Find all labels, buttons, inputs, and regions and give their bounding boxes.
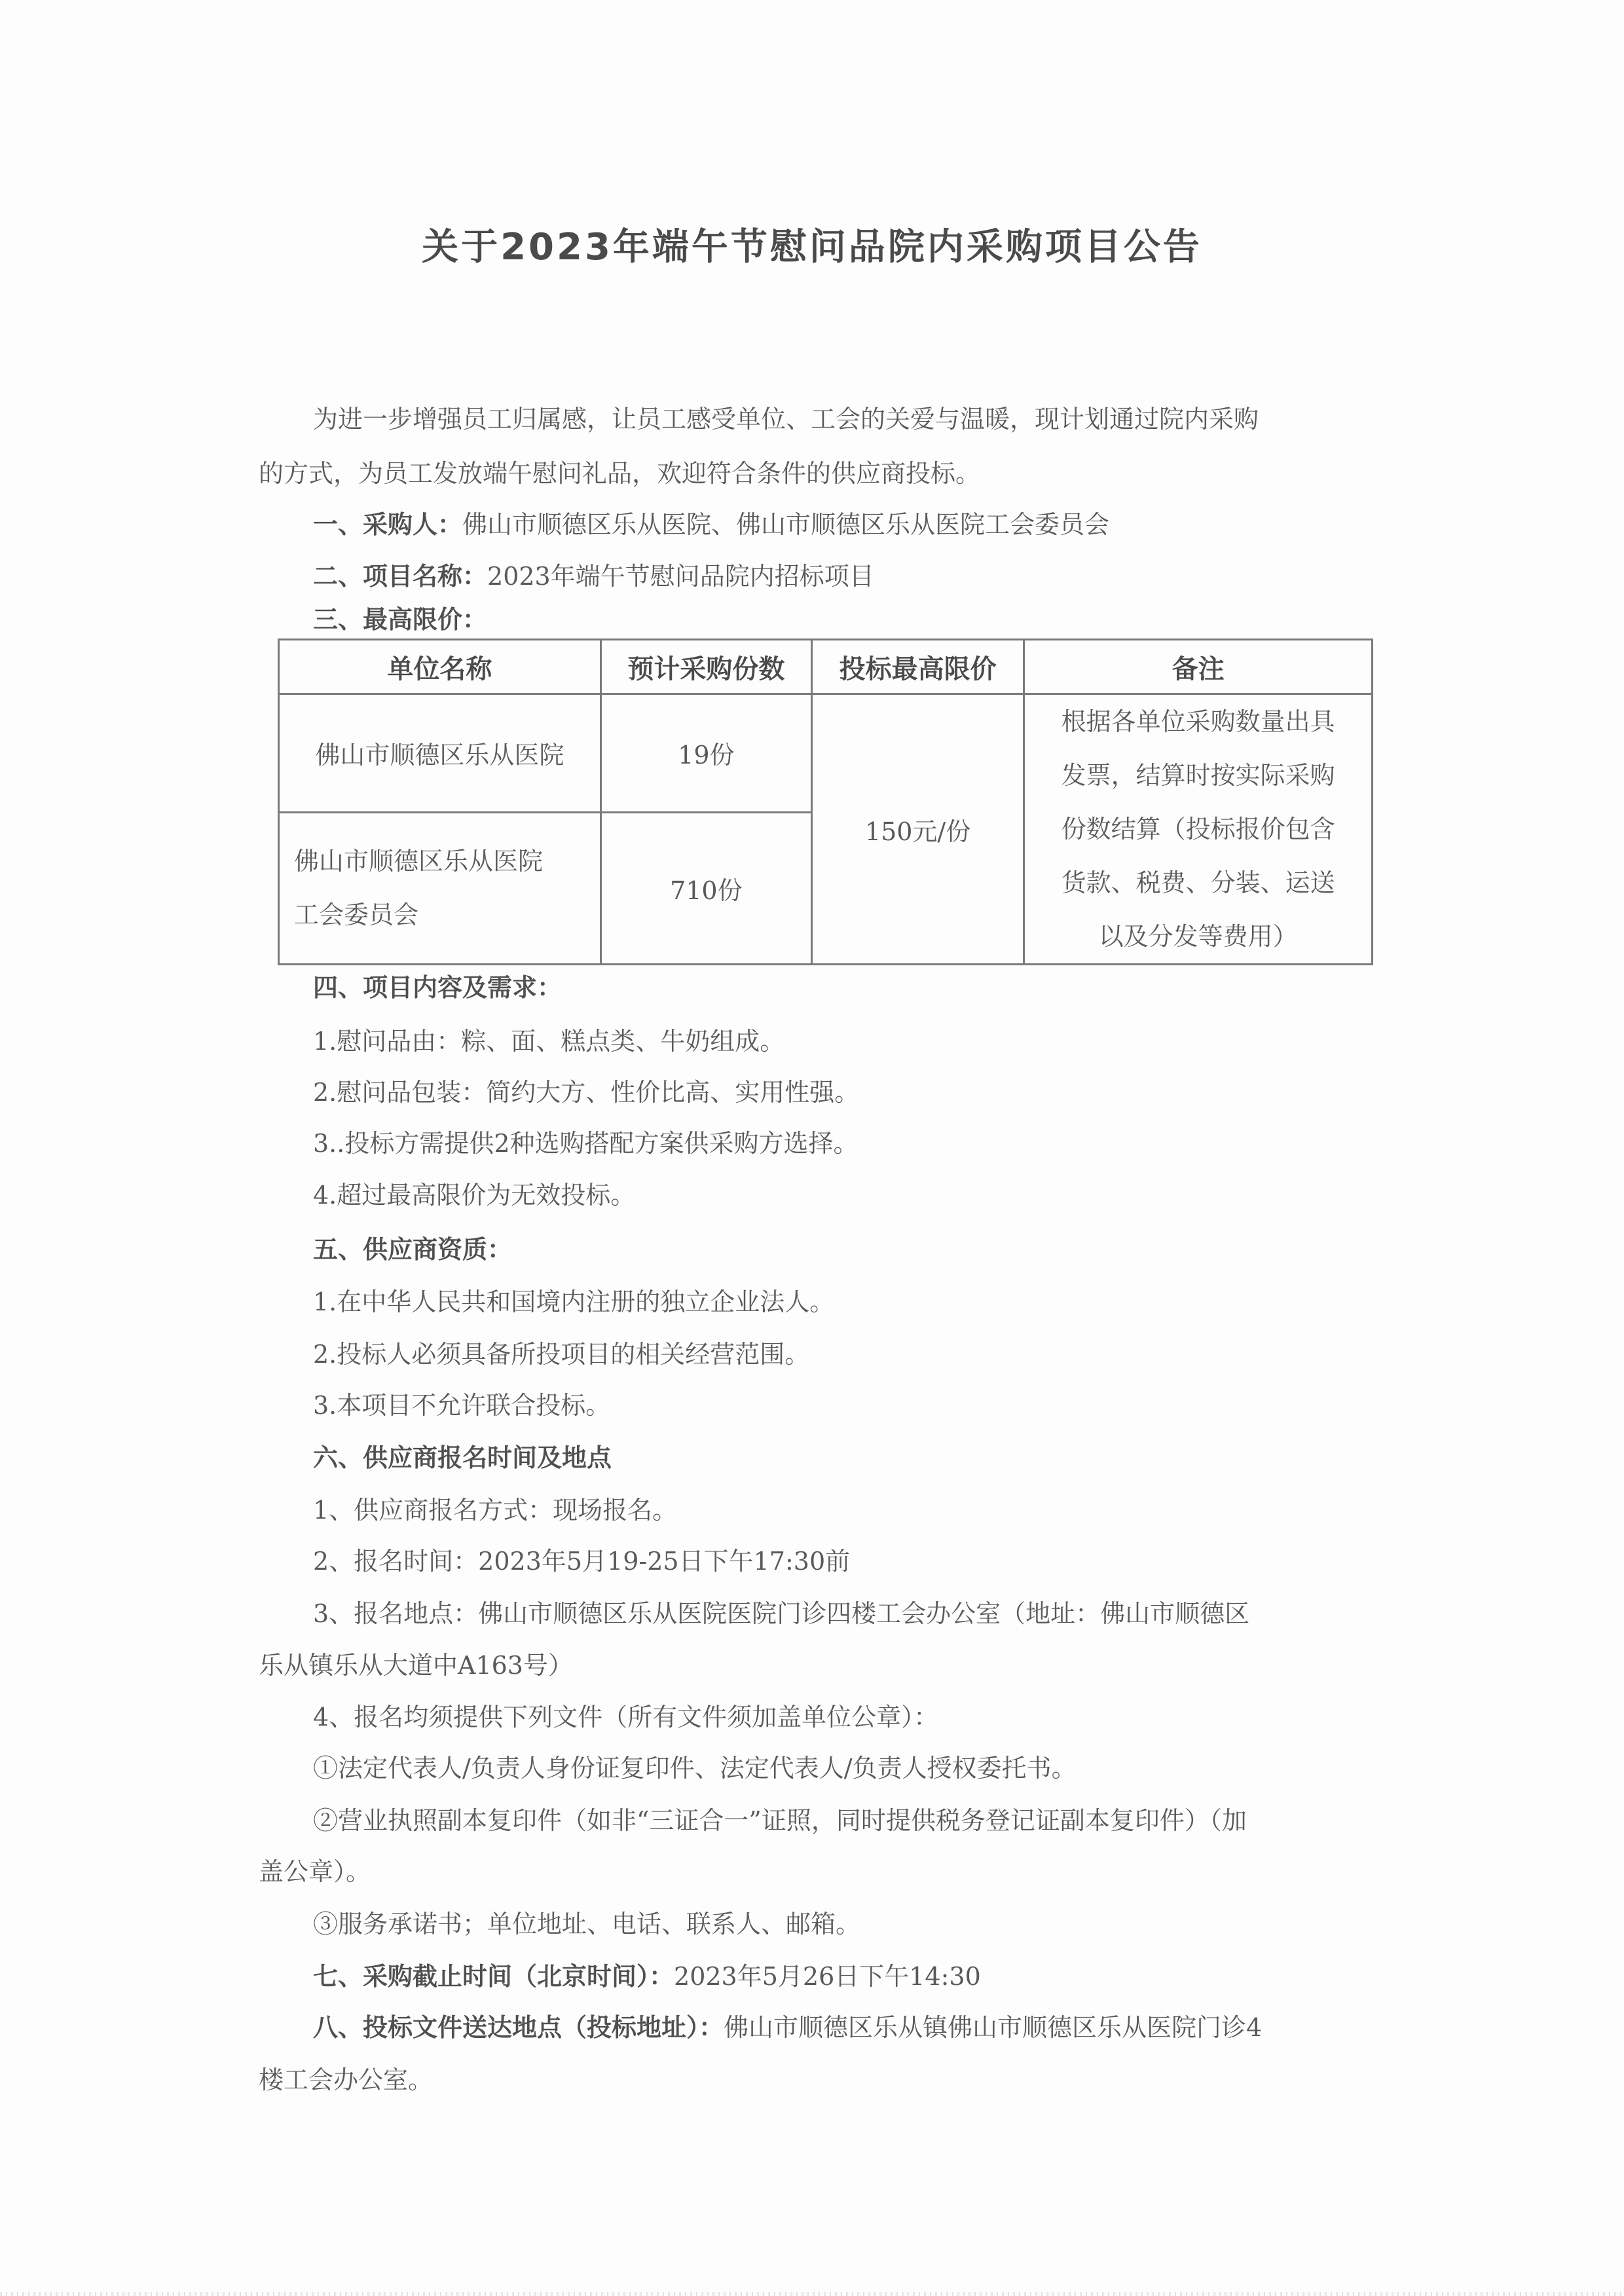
remark-line: 货款、税费、分装、运送 [1038,856,1358,910]
section-deadline: 七、采购截止时间（北京时间）：2023年5月26日下午14:30 [313,1958,1452,1995]
registration-item: 3、报名地点：佛山市顺德区乐从医院医院门诊四楼工会办公室（地址：佛山市顺德区 [313,1595,1452,1632]
registration-item: 2、报名时间：2023年5月19-25日下午17:30前 [313,1543,1452,1580]
cell-max-price: 150元/份 [811,694,1024,965]
section-heading: 一、采购人： [313,510,462,539]
section-delivery-location-continued: 楼工会办公室。 [259,2062,1398,2098]
unit-name-line: 工会委员会 [294,888,600,942]
section-purchaser: 一、采购人：佛山市顺德区乐从医院、佛山市顺德区乐从医院工会委员会 [313,506,1452,543]
qualification-item: 3.本项目不允许联合投标。 [313,1387,1452,1424]
unit-name-line: 佛山市顺德区乐从医院 [294,834,600,888]
registration-item: 4、报名均须提供下列文件（所有文件须加盖单位公章）： [313,1699,1452,1735]
section-heading: 三、最高限价： [313,605,487,634]
cell-unit-name: 佛山市顺德区乐从医院 工会委员会 [279,812,601,964]
remark-line: 发票，结算时按实际采购 [1038,749,1358,802]
cell-quantity: 19份 [600,694,811,813]
document-requirement: ③服务承诺书；单位地址、电话、联系人、邮箱。 [313,1906,1452,1942]
section-registration-heading: 六、供应商报名时间及地点 [313,1439,1452,1476]
section-max-price: 三、最高限价： [313,601,1452,638]
cell-quantity: 710份 [600,812,811,964]
remark-line: 份数结算（投标报价包含 [1038,802,1358,856]
section-heading: 五、供应商资质： [313,1235,512,1264]
intro-paragraph-line-2: 的方式，为员工发放端午慰问礼品，欢迎符合条件的供应商投标。 [259,455,1398,492]
section-content-heading: 四、项目内容及需求： [313,969,1452,1006]
content-item: 1.慰问品由：粽、面、糕点类、牛奶组成。 [313,1023,1452,1060]
document-title: 关于2023年端午节慰问品院内采购项目公告 [0,221,1624,274]
remark-line: 以及分发等费用） [1038,910,1358,963]
registration-item-continued: 乐从镇乐从大道中A163号） [259,1647,1398,1684]
section-heading: 七、采购截止时间（北京时间）： [313,1962,674,1991]
content-item: 4.超过最高限价为无效投标。 [313,1177,1452,1213]
price-table: 单位名称 预计采购份数 投标最高限价 备注 佛山市顺德区乐从医院 19份 150… [278,639,1373,965]
section-heading: 八、投标文件送达地点（投标地址）： [313,2013,724,2042]
cell-unit-name: 佛山市顺德区乐从医院 [279,694,601,813]
section-text: 佛山市顺德区乐从镇佛山市顺德区乐从医院门诊4 [724,2013,1262,2042]
document-requirement: ②营业执照副本复印件（如非“三证合一”证照，同时提供税务登记证副本复印件）（加 [313,1802,1452,1839]
document-page: 关于2023年端午节慰问品院内采购项目公告 为进一步增强员工归属感，让员工感受单… [0,0,1624,2296]
section-heading: 六、供应商报名时间及地点 [313,1443,612,1472]
header-remarks: 备注 [1024,640,1373,694]
table-row: 佛山市顺德区乐从医院 19份 150元/份 根据各单位采购数量出具 发票，结算时… [279,694,1373,813]
document-requirement: ①法定代表人/负责人身份证复印件、法定代表人/负责人授权委托书。 [313,1750,1452,1787]
cell-remarks: 根据各单位采购数量出具 发票，结算时按实际采购 份数结算（投标报价包含 货款、税… [1024,694,1373,965]
section-qualification-heading: 五、供应商资质： [313,1231,1452,1268]
table-header-row: 单位名称 预计采购份数 投标最高限价 备注 [279,640,1373,694]
header-quantity: 预计采购份数 [600,640,811,694]
scan-edge-noise [0,2292,1624,2296]
section-text: 2023年5月26日下午14:30 [674,1962,981,1991]
section-heading: 四、项目内容及需求： [313,973,562,1002]
section-project-name: 二、项目名称：2023年端午节慰问品院内招标项目 [313,558,1452,595]
content-item: 3..投标方需提供2种选购搭配方案供采购方选择。 [313,1125,1452,1162]
document-requirement-continued: 盖公章）。 [259,1853,1398,1890]
content-item: 2.慰问品包装：简约大方、性价比高、实用性强。 [313,1074,1452,1111]
section-text: 2023年端午节慰问品院内招标项目 [487,562,874,591]
registration-item: 1、供应商报名方式：现场报名。 [313,1492,1452,1528]
qualification-item: 2.投标人必须具备所投项目的相关经营范围。 [313,1336,1452,1373]
header-max-price: 投标最高限价 [811,640,1024,694]
qualification-item: 1.在中华人民共和国境内注册的独立企业法人。 [313,1284,1452,1320]
section-text: 佛山市顺德区乐从医院、佛山市顺德区乐从医院工会委员会 [462,510,1109,539]
section-heading: 二、项目名称： [313,562,487,591]
section-delivery-location: 八、投标文件送达地点（投标地址）：佛山市顺德区乐从镇佛山市顺德区乐从医院门诊4 [313,2009,1452,2046]
remark-line: 根据各单位采购数量出具 [1038,695,1358,749]
intro-paragraph-line-1: 为进一步增强员工归属感，让员工感受单位、工会的关爱与温暖，现计划通过院内采购 [313,401,1452,437]
header-unit-name: 单位名称 [279,640,601,694]
